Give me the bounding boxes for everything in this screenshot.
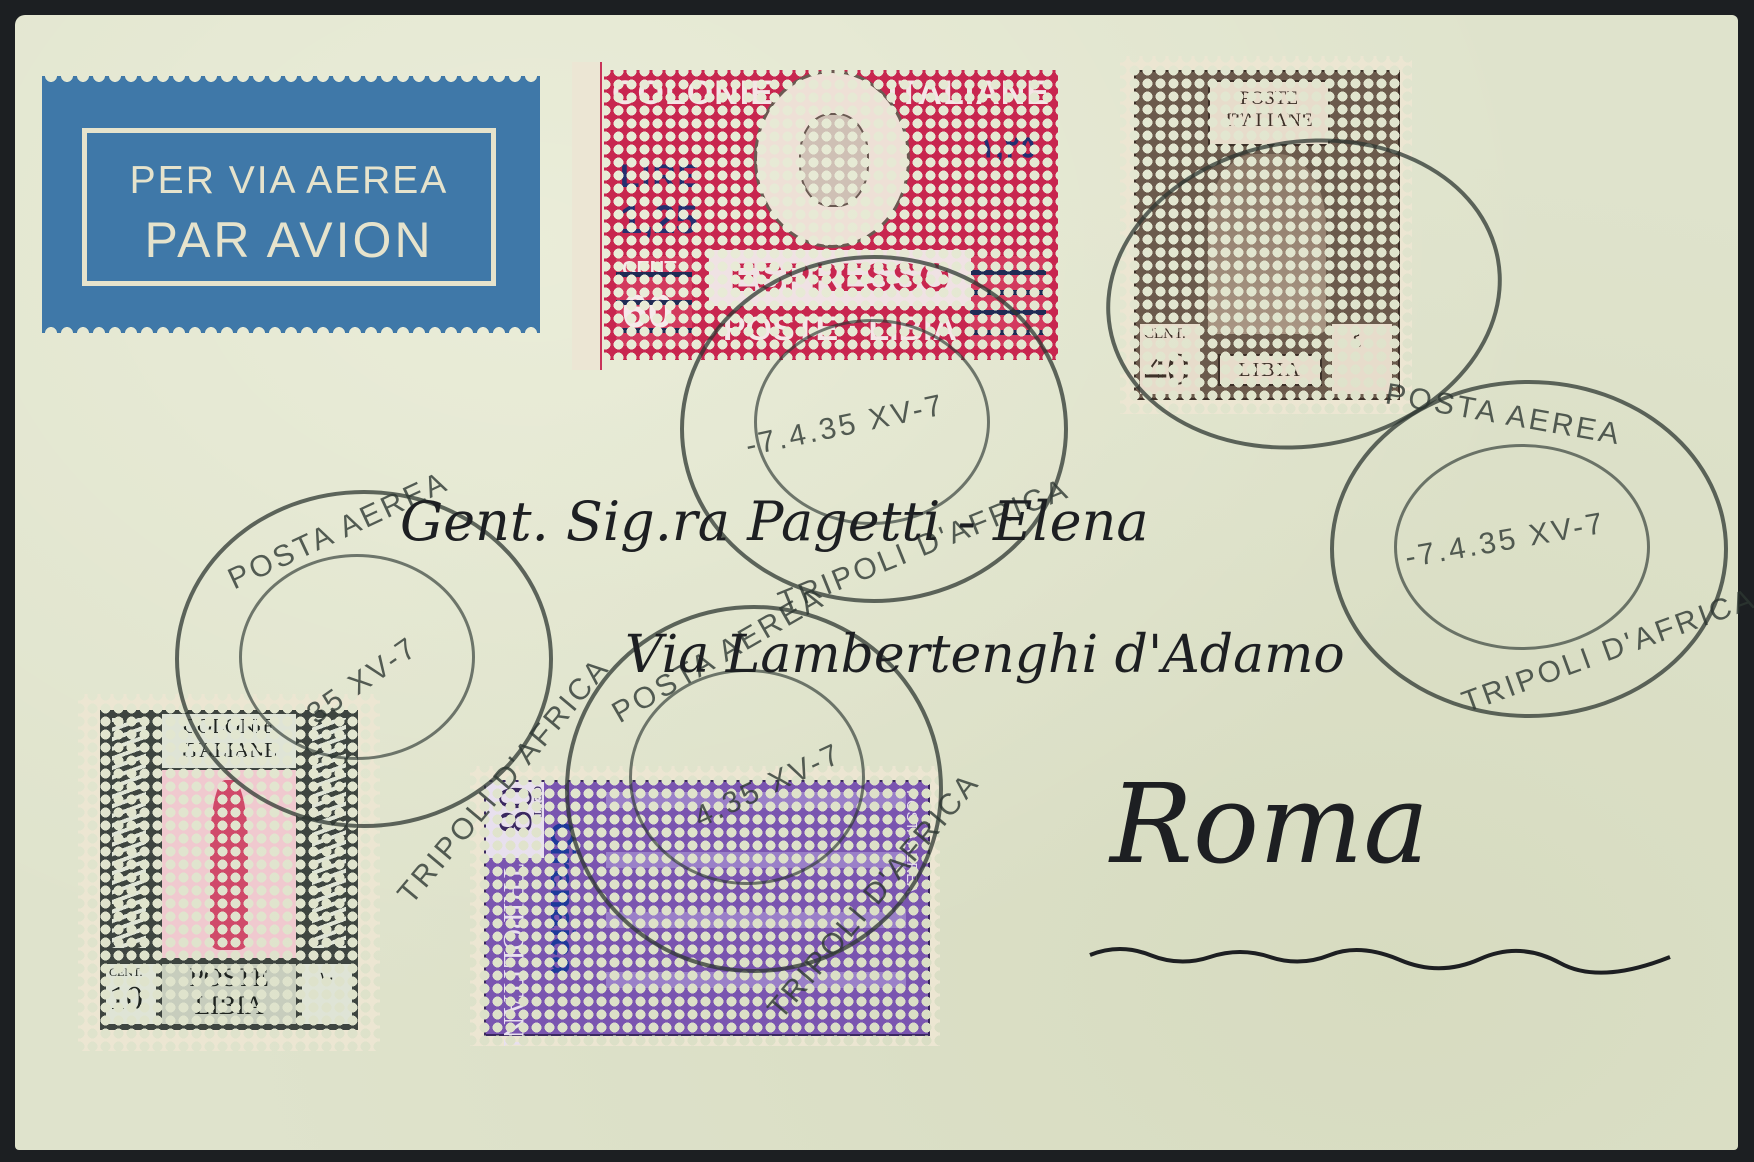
- stamp-selvedge: [572, 62, 602, 370]
- arabic-value: ١٠: [302, 964, 352, 1024]
- stamp-footer-line2: LIBIA: [162, 992, 296, 1020]
- airmail-label-line2: PAR AVION: [117, 211, 461, 269]
- value-box: CENT. 10: [106, 964, 156, 1024]
- goddess-statue-icon: [210, 780, 248, 950]
- stamp-text-colonie: COLONIE: [612, 74, 774, 113]
- obliterating-bar: [616, 272, 692, 277]
- airmail-label: PER VIA AEREA PAR AVION: [42, 76, 540, 333]
- obliterating-bar: [616, 328, 692, 333]
- medallion-portrait-icon: [754, 70, 910, 248]
- overprint-lire: LIRE: [620, 158, 701, 195]
- postmark-top: POSTA AEREA: [1383, 377, 1624, 452]
- stamp-text-italiane: ITALIANE: [888, 74, 1050, 113]
- obliterating-bar: [616, 300, 692, 305]
- address-line2: Via Lambertenghi d'Adamo: [625, 625, 1345, 685]
- airmail-label-frame: PER VIA AEREA PAR AVION: [82, 128, 496, 286]
- original-value-label: CENT: [622, 258, 676, 281]
- address-city: Roma: [1110, 760, 1429, 888]
- overprint-value: 1,25: [620, 198, 698, 243]
- obliterating-bar: [970, 270, 1046, 275]
- postmark-inner-ring: [239, 554, 475, 760]
- stamp-name: TRIPOLITANIA: [496, 864, 530, 1070]
- value: 10: [109, 980, 143, 1018]
- overprint-arabic: ١,٢٥: [979, 130, 1036, 165]
- value-label: CENT.: [109, 965, 142, 980]
- stamp-footer: POSTE LIBIA: [162, 964, 296, 1024]
- palm-frond-icon: [112, 718, 146, 948]
- stamp-header: POSTE ITALIANE: [1210, 88, 1328, 132]
- airmail-label-line1: PER VIA AEREA: [117, 159, 461, 203]
- postmark: POSTA AEREA -7.4.35 XV-7 TRIPOLI D'AFRIC…: [1330, 380, 1728, 718]
- face-icon: [799, 113, 869, 207]
- stamp-header-box: POSTE ITALIANE: [1208, 80, 1330, 146]
- original-value-box: CENT 60: [616, 256, 692, 346]
- address-underline: [1080, 935, 1680, 985]
- stamp-footer-line1: POSTE: [162, 964, 296, 992]
- address-line1: Gent. Sig.ra Pagetti - Elena: [400, 490, 1149, 553]
